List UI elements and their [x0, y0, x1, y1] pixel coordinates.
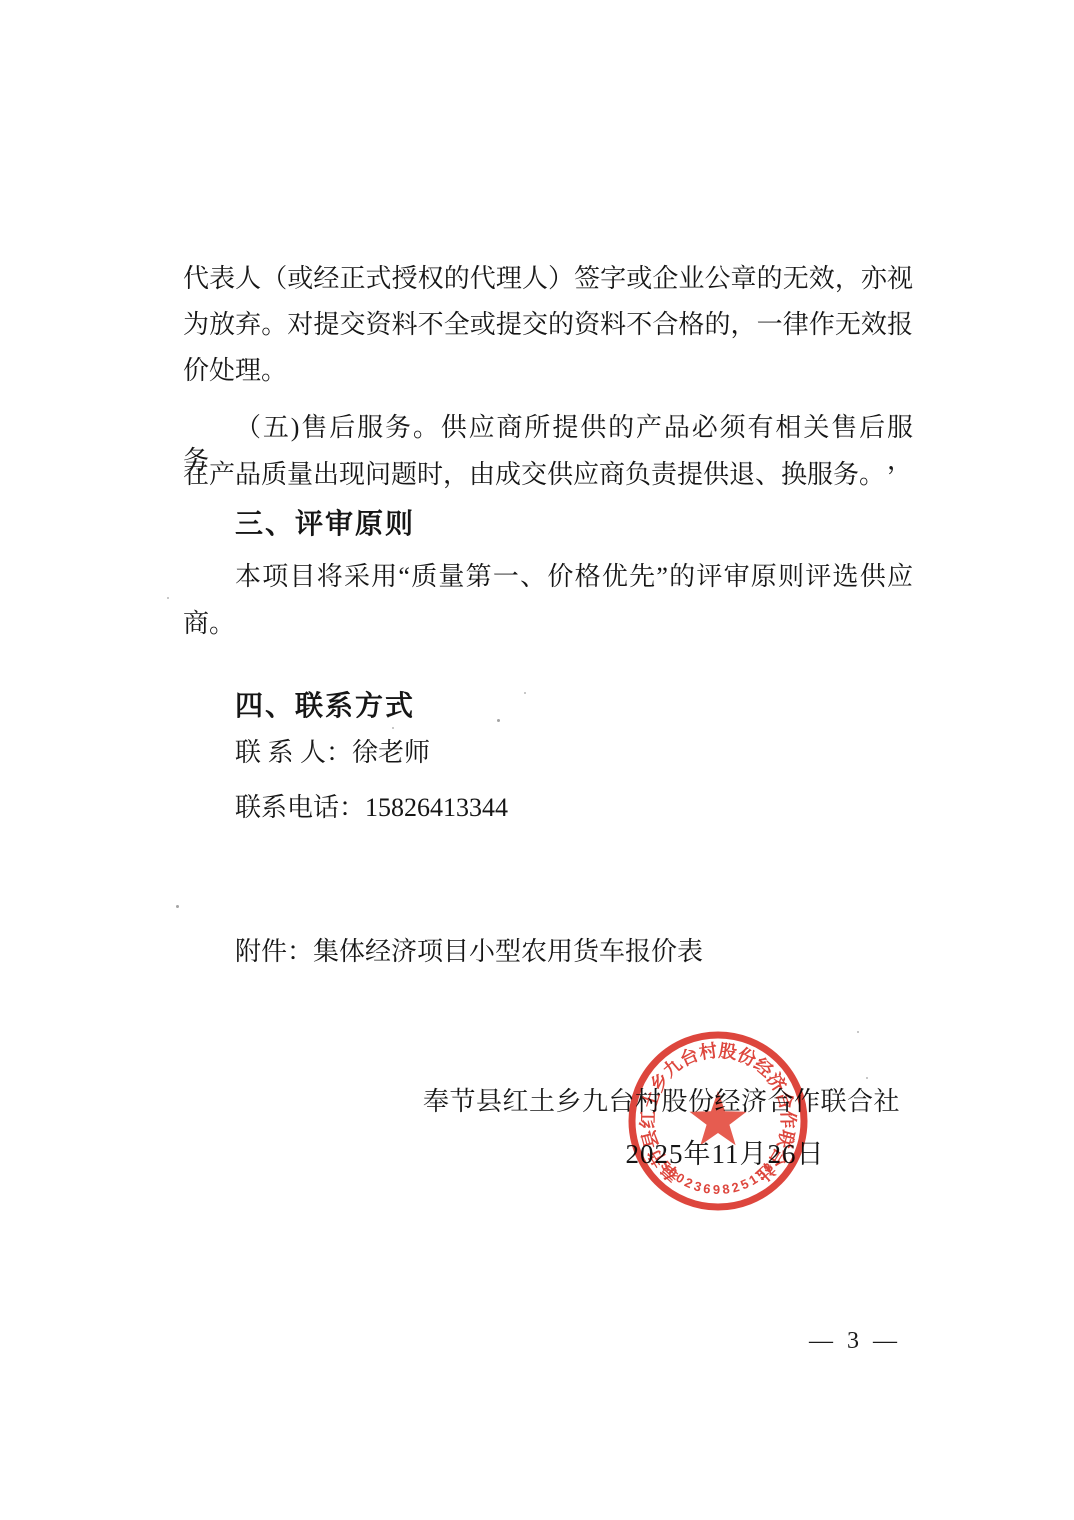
scan-speck — [392, 727, 394, 729]
section-heading-contact: 四、联系方式 — [183, 688, 913, 723]
contact-phone-line: 联系电话：15826413344 — [183, 792, 913, 825]
body-text-line: 商。 — [183, 608, 913, 641]
scan-speck — [524, 692, 526, 694]
body-text-line: 代表人（或经正式授权的代理人）签字或企业公章的无效，亦视 — [183, 263, 913, 296]
scan-speck — [866, 1077, 868, 1079]
body-text-line: 本项目将采用“质量第一、价格优先”的评审原则评选供应 — [183, 561, 913, 594]
seal-code-text: 5002369825158 — [658, 1158, 778, 1197]
body-text-line: 在产品质量出现问题时，由成交供应商负责提供退、换服务。 — [183, 459, 913, 492]
star-icon — [689, 1091, 746, 1145]
scan-speck — [497, 719, 500, 722]
body-text-line: 为放弃。对提交资料不全或提交的资料不合格的，一律作无效报 — [183, 309, 913, 342]
official-seal: 奉节县红土乡九台村股份经济合作联合社 5002369825158 — [627, 1030, 809, 1212]
scanned-document-page: 代表人（或经正式授权的代理人）签字或企业公章的无效，亦视 为放弃。对提交资料不全… — [0, 0, 1074, 1520]
svg-text:5002369825158: 5002369825158 — [658, 1158, 778, 1197]
attachment-line: 附件：集体经济项目小型农用货车报价表 — [183, 936, 913, 969]
scan-speck — [176, 905, 179, 908]
body-text-line: 价处理。 — [183, 355, 913, 388]
scan-speck — [167, 597, 169, 599]
contact-person-line: 联 系 人：徐老师 — [183, 737, 913, 770]
page-number: — 3 — — [809, 1326, 901, 1356]
section-heading-evaluation: 三、评审原则 — [183, 506, 913, 541]
scan-speck — [857, 1031, 859, 1033]
